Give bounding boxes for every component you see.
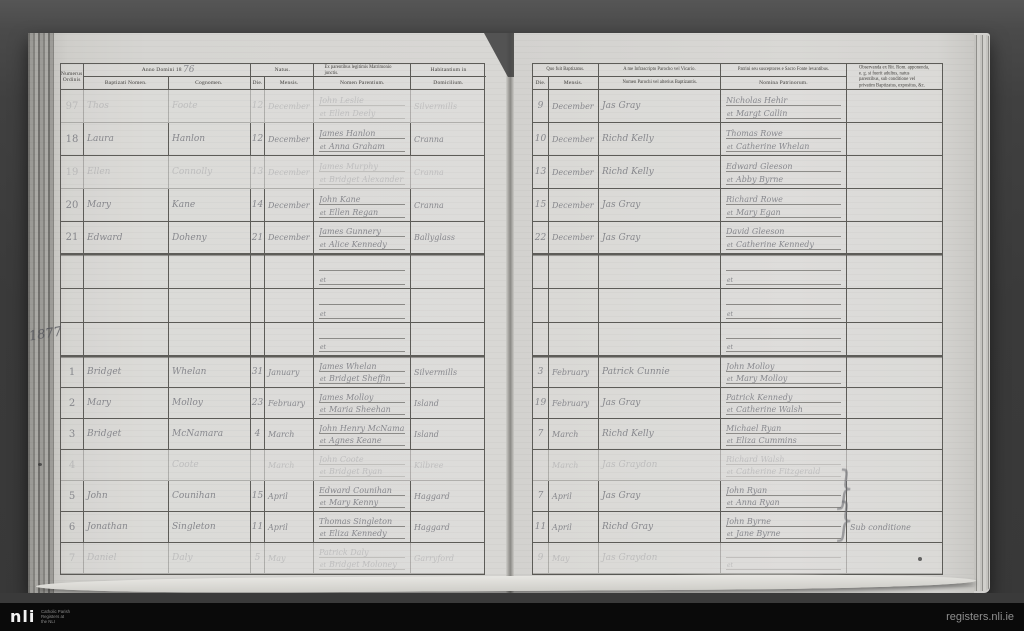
col-forename [84,255,169,288]
col-month: December [549,156,599,188]
entry-row: 3BridgetMcNamara4MarchJohn Henry McNamar… [61,419,484,450]
et-mark: et [727,311,733,318]
col-surname: Singleton [169,512,251,542]
col-number: 18 [61,123,84,155]
col-residence: Cranna [411,123,486,155]
col-forename [84,323,169,355]
entry-row: 5JohnCounihan15AprilEdward CounihanetMar… [61,481,484,512]
col-day: 22 [533,222,549,253]
col-day [533,255,549,288]
col-parents: et [314,323,411,355]
entry-row: 11AprilRichd GrayJohn ByrneetJane ByrneS… [533,512,942,543]
col-parents: et [314,255,411,288]
header-sponsors-sub: Nomina Patrinorum. [721,77,846,89]
col-residence: Silvermills [411,357,486,387]
col-day [533,323,549,355]
et-mark: et [727,210,733,217]
et-mark: et [320,311,326,318]
col-day: 10 [533,123,549,155]
header-numerus: Numerus Ordinis [61,64,84,89]
et-mark: et [320,376,326,383]
header-residence-group: Habitantium in Domicilium. [411,64,486,89]
col-residence [411,289,486,322]
page-edges [974,35,990,591]
col-day [251,255,265,288]
header-priest-sub: Nomen Parochi vel alterius Baptizantis. [599,77,720,89]
col-notes [847,90,944,122]
col-month: December [265,189,314,221]
header-day: Die. [251,77,265,89]
ink-speck [918,557,922,561]
col-day [251,323,265,355]
col-forename: Thos [84,90,169,122]
entry-row: 7DanielDaly5MayPatrick DalyetBridget Mol… [61,543,484,574]
col-number: 1 [61,357,84,387]
entry-row: 9MayJas Graydonet [533,543,942,574]
col-number: 19 [61,156,84,188]
col-priest: Richd Kelly [599,419,721,449]
col-day: 9 [533,543,549,573]
col-number [61,255,84,288]
col-day [251,289,265,322]
et-mark: et [727,144,733,151]
col-day [251,450,265,480]
col-month [549,289,599,322]
col-priest [599,289,721,322]
et-mark: et [727,469,733,476]
col-month: April [265,481,314,511]
col-priest: Jas Gray [599,481,721,511]
entry-row: 13DecemberRichd KellyEdward GleesonetAbb… [533,156,942,189]
col-parents: John CooteetBridget Ryan [314,450,411,480]
col-forename: John [84,481,169,511]
col-sponsors: Richard WalshetCatherine Fitzgerald [721,450,847,480]
et-mark: et [320,210,326,217]
left-table-rows: 97ThosFoote12DecemberJohn LeslieetEllen … [61,90,484,574]
col-priest: Jas Graydon [599,543,721,573]
entry-row: 19EllenConnolly13DecemberJames MurphyetB… [61,156,484,189]
col-priest: Jas Graydon [599,450,721,480]
col-surname: Counihan [169,481,251,511]
col-month: February [549,388,599,418]
col-parents: Thomas SingletonetEliza Kennedy [314,512,411,542]
col-day: 13 [533,156,549,188]
col-residence: Kilbree [411,450,486,480]
header-observations: Observanda ex Rit. Rom. apponenda, e. g.… [847,64,942,89]
col-day: 5 [251,543,265,573]
col-month: March [265,419,314,449]
col-number: 3 [61,419,84,449]
right-table-header: Quo fuit Baptizatus. Die. Mensis. A me I… [533,64,942,90]
entry-row: 6JonathanSingleton11AprilThomas Singleto… [61,512,484,543]
col-day [533,289,549,322]
header-month: Mensis. [549,77,598,89]
col-surname [169,323,251,355]
col-day: 11 [251,512,265,542]
col-surname: Hanlon [169,123,251,155]
col-forename: Bridget [84,419,169,449]
header-anno: Anno Domini 18 76 [84,64,250,77]
col-surname: Molloy [169,388,251,418]
col-parents: James MolloyetMaria Sheehan [314,388,411,418]
col-priest: Richd Kelly [599,156,721,188]
col-residence: Silvermills [411,90,486,122]
entry-row: 7MarchRichd KellyMichael RyanetEliza Cum… [533,419,942,450]
col-notes [847,388,944,418]
col-notes [847,255,944,288]
col-day: 23 [251,388,265,418]
col-sponsors: Richard RoweetMary Egan [721,189,847,221]
et-mark: et [320,177,326,184]
header-forename: Baptizati Nomen. [84,77,169,89]
entry-row: 97ThosFoote12DecemberJohn LeslieetEllen … [61,90,484,123]
col-residence: Haggard [411,512,486,542]
col-parents: John KaneetEllen Regan [314,189,411,221]
register-scan[interactable]: Numerus Ordinis Anno Domini 18 76 Baptiz… [28,33,990,593]
col-notes: Sub conditione [847,512,944,542]
col-day: 31 [251,357,265,387]
col-surname: Coote [169,450,251,480]
et-mark: et [727,111,733,118]
col-notes [847,123,944,155]
et-mark: et [727,277,733,284]
header-surname: Cognomen. [169,77,251,89]
col-number: 7 [61,543,84,573]
anno-handwritten-year: 76 [183,65,194,75]
col-number: 21 [61,222,84,253]
col-parents: James GunneryetAlice Kennedy [314,222,411,253]
entry-row: 19FebruaryJas GrayPatrick KennedyetCathe… [533,388,942,419]
col-forename: Laura [84,123,169,155]
col-month: March [265,450,314,480]
header-parents: Ex parentibus legitimis Matrimonio junct… [314,64,410,77]
col-month [265,255,314,288]
col-notes [847,189,944,221]
col-residence: Island [411,419,486,449]
col-surname: Whelan [169,357,251,387]
header-day: Die. [533,77,549,89]
col-sponsors: John RyanetAnna Ryan [721,481,847,511]
col-month: December [265,90,314,122]
col-month [265,323,314,355]
col-residence [411,255,486,288]
entry-row: 18LauraHanlon12DecemberJames HanlonetAnn… [61,123,484,156]
col-month: December [549,90,599,122]
entry-row: MarchJas GraydonRichard WalshetCatherine… [533,450,942,481]
col-day [533,450,549,480]
col-residence: Island [411,388,486,418]
col-number: 20 [61,189,84,221]
header-natus-group: Natus. Die. Mensis. [251,64,314,89]
col-month: April [549,512,599,542]
col-day: 14 [251,189,265,221]
header-residence-sub: Domicilium. [411,77,486,89]
entry-row: et [533,289,942,323]
entry-row: 10DecemberRichd KellyThomas RoweetCather… [533,123,942,156]
header-residence: Habitantium in [411,64,486,77]
nli-logo-caption: Catholic Parish Registers at the NLI [41,610,70,625]
col-notes [847,357,944,387]
entry-row: et [61,289,484,323]
col-forename: Jonathan [84,512,169,542]
col-month: March [549,450,599,480]
col-month [265,289,314,322]
col-day: 11 [533,512,549,542]
col-month: December [265,156,314,188]
entry-row: et [61,323,484,357]
header-priest: A me Infrascripto Parocho vel Vicario. [599,64,720,77]
col-month: February [549,357,599,387]
col-priest: Jas Gray [599,90,721,122]
col-priest: Jas Gray [599,189,721,221]
header-baptized-group: Quo fuit Baptizatus. Die. Mensis. [533,64,599,89]
col-number: 97 [61,90,84,122]
viewer-stage: Numerus Ordinis Anno Domini 18 76 Baptiz… [0,0,1024,631]
col-day: 4 [251,419,265,449]
col-month: January [265,357,314,387]
background-strip [0,593,1024,603]
col-month: December [549,123,599,155]
col-sponsors: et [721,323,847,355]
et-mark: et [320,144,326,151]
et-mark: et [320,407,326,414]
entry-row: et [533,323,942,357]
et-mark: et [320,344,326,351]
et-mark: et [727,177,733,184]
entry-row: 4CooteMarchJohn CooteetBridget RyanKilbr… [61,450,484,481]
col-priest: Jas Gray [599,222,721,253]
col-month [549,323,599,355]
col-number: 2 [61,388,84,418]
col-notes [847,543,944,573]
ink-speck [38,463,42,466]
col-priest: Jas Gray [599,388,721,418]
col-day: 13 [251,156,265,188]
col-day: 3 [533,357,549,387]
col-priest: Patrick Cunnie [599,357,721,387]
header-baptized: Quo fuit Baptizatus. [533,64,598,77]
col-priest [599,323,721,355]
col-day: 9 [533,90,549,122]
binding-gutter [28,33,54,593]
et-mark: et [727,531,733,538]
col-month: February [265,388,314,418]
col-number: 4 [61,450,84,480]
col-sponsors: John ByrneetJane Byrne [721,512,847,542]
col-residence: Haggard [411,481,486,511]
col-sponsors: John MolloyetMary Molloy [721,357,847,387]
site-watermark: registers.nli.ie [946,611,1014,623]
left-table-header: Numerus Ordinis Anno Domini 18 76 Baptiz… [61,64,484,90]
col-forename: Mary [84,189,169,221]
entry-row: 2MaryMolloy23FebruaryJames MolloyetMaria… [61,388,484,419]
col-day: 12 [251,90,265,122]
book-spine [506,33,514,593]
col-surname: Foote [169,90,251,122]
et-mark: et [320,111,326,118]
col-forename [84,289,169,322]
col-sponsors: Patrick KennedyetCatherine Walsh [721,388,847,418]
col-residence [411,323,486,355]
et-mark: et [320,531,326,538]
header-parents-group: Ex parentibus legitimis Matrimonio junct… [314,64,411,89]
col-day: 7 [533,481,549,511]
col-parents: John Henry McNamaraetAgnes Keane [314,419,411,449]
header-sponsors-group: Patrini seu susceptores e Sacro Fonte le… [721,64,847,89]
et-mark: et [320,438,326,445]
entry-row: 1BridgetWhelan31JanuaryJames WhelanetBri… [61,357,484,388]
col-surname: Connolly [169,156,251,188]
col-month: May [265,543,314,573]
col-parents: et [314,289,411,322]
entry-row: 20MaryKane14DecemberJohn KaneetEllen Reg… [61,189,484,222]
col-month: April [549,481,599,511]
col-surname: Doheny [169,222,251,253]
col-forename: Ellen [84,156,169,188]
col-residence: Garryford [411,543,486,573]
col-parents: John LeslieetEllen Deely [314,90,411,122]
col-notes [847,222,944,253]
col-surname: McNamara [169,419,251,449]
col-residence: Cranna [411,156,486,188]
col-sponsors: et [721,289,847,322]
col-day: 21 [251,222,265,253]
col-month [549,255,599,288]
col-month: December [265,222,314,253]
col-residence: Cranna [411,189,486,221]
col-forename [84,450,169,480]
col-day: 19 [533,388,549,418]
col-month: December [549,222,599,253]
left-table: Numerus Ordinis Anno Domini 18 76 Baptiz… [60,63,485,575]
col-surname: Kane [169,189,251,221]
et-mark: et [727,242,733,249]
et-mark: et [727,376,733,383]
nli-logo-mark: nli [10,609,35,625]
col-forename: Bridget [84,357,169,387]
entry-row: 22DecemberJas GrayDavid GleesonetCatheri… [533,222,942,255]
col-number [61,323,84,355]
col-notes [847,419,944,449]
header-priest-group: A me Infrascripto Parocho vel Vicario. N… [599,64,721,89]
entry-row: et [533,255,942,289]
col-month: May [549,543,599,573]
entry-row: 21EdwardDoheny21DecemberJames GunneryetA… [61,222,484,255]
col-parents: James WhelanetBridget Sheffin [314,357,411,387]
col-notes [847,450,944,480]
entry-row: 9DecemberJas GrayNicholas HehiretMargt C… [533,90,942,123]
col-month: April [265,512,314,542]
et-mark: et [320,562,326,569]
col-residence: Ballyglass [411,222,486,253]
et-mark: et [727,438,733,445]
et-mark: et [320,277,326,284]
col-sponsors: Nicholas HehiretMargt Callin [721,90,847,122]
et-mark: et [320,469,326,476]
col-sponsors: et [721,543,847,573]
col-day: 12 [251,123,265,155]
col-month: December [549,189,599,221]
col-priest: Richd Kelly [599,123,721,155]
entry-row: et [61,255,484,289]
col-notes [847,481,944,511]
col-parents: James HanlonetAnna Graham [314,123,411,155]
col-number: 6 [61,512,84,542]
header-sponsors: Patrini seu susceptores e Sacro Fonte le… [721,64,846,77]
footer-bar: nli Catholic Parish Registers at the NLI… [0,603,1024,631]
col-parents: Edward CounihanetMary Kenny [314,481,411,511]
header-month: Mensis. [265,77,313,89]
col-surname [169,255,251,288]
col-sponsors: David GleesonetCatherine Kennedy [721,222,847,253]
col-day: 15 [533,189,549,221]
col-number: 5 [61,481,84,511]
col-notes [847,323,944,355]
col-surname [169,289,251,322]
header-anno-group: Anno Domini 18 76 Baptizati Nomen. Cogno… [84,64,251,89]
entry-row: 3FebruaryPatrick CunnieJohn MolloyetMary… [533,357,942,388]
col-notes [847,156,944,188]
et-mark: et [320,242,326,249]
right-table: Quo fuit Baptizatus. Die. Mensis. A me I… [532,63,943,575]
entry-row: 15DecemberJas GrayRichard RoweetMary Ega… [533,189,942,222]
header-natus: Natus. [251,64,313,77]
col-forename: Edward [84,222,169,253]
col-forename: Mary [84,388,169,418]
left-page: Numerus Ordinis Anno Domini 18 76 Baptiz… [28,33,506,593]
col-day: 15 [251,481,265,511]
col-sponsors: Michael RyanetEliza Cummins [721,419,847,449]
col-sponsors: Edward GleesonetAbby Byrne [721,156,847,188]
col-parents: James MurphyetBridget Alexander [314,156,411,188]
col-surname: Daly [169,543,251,573]
et-mark: et [727,562,733,569]
col-day: 7 [533,419,549,449]
et-mark: et [727,344,733,351]
et-mark: et [727,407,733,414]
col-notes [847,289,944,322]
col-priest: Richd Gray [599,512,721,542]
col-parents: Patrick DalyetBridget Moloney [314,543,411,573]
col-forename: Daniel [84,543,169,573]
col-sponsors: Thomas RoweetCatherine Whelan [721,123,847,155]
nli-logo: nli Catholic Parish Registers at the NLI [10,607,82,628]
right-page: Quo fuit Baptizatus. Die. Mensis. A me I… [514,33,974,593]
col-priest [599,255,721,288]
col-sponsors: et [721,255,847,288]
entry-row: 7AprilJas GrayJohn RyanetAnna Ryan [533,481,942,512]
col-month: March [549,419,599,449]
col-number [61,289,84,322]
et-mark: et [727,500,733,507]
col-month: December [265,123,314,155]
header-parents-sub: Nomen Parentium. [314,77,410,89]
right-table-rows: 9DecemberJas GrayNicholas HehiretMargt C… [533,90,942,574]
et-mark: et [320,500,326,507]
